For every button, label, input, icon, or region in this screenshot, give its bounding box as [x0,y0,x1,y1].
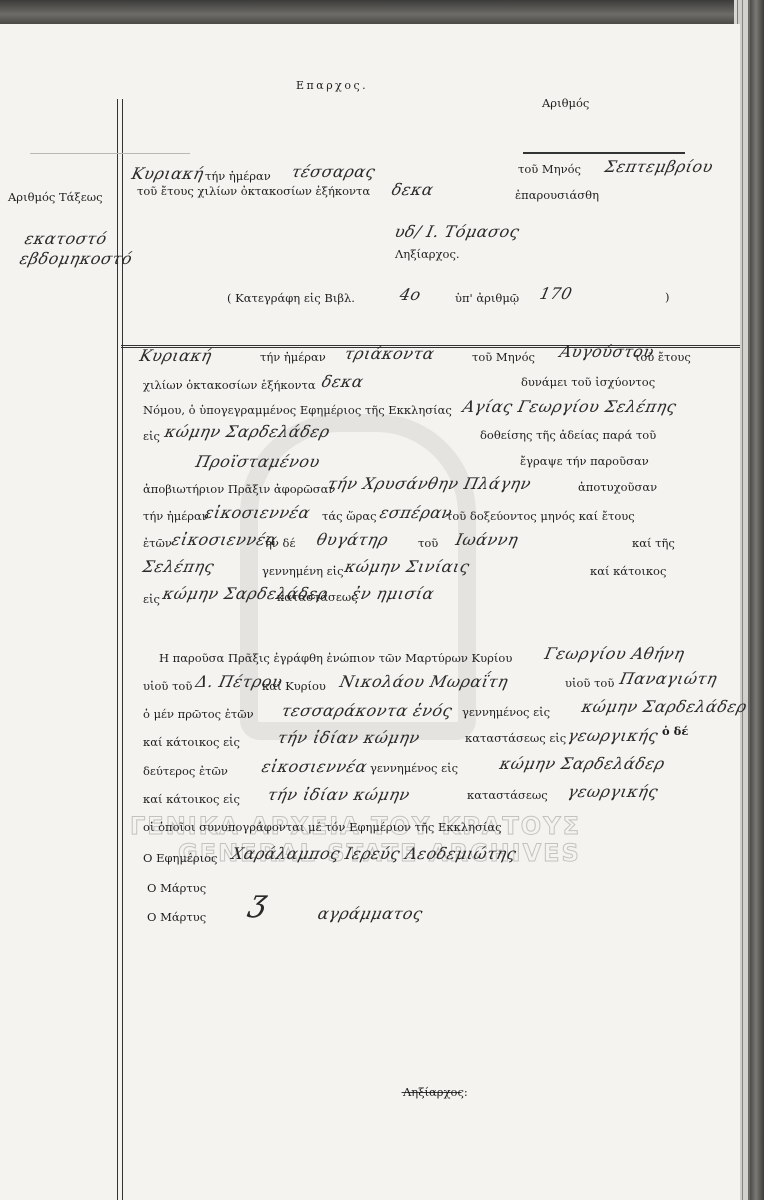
witness-intro: Η παροῦσα Πρᾶξις ἐγράφθη ἐνώπιον τῶν Μαρ… [159,651,512,665]
age-value: εἰκοσιεννέα [170,530,279,549]
body-line6-text: ἀποβιωτήριον Πρᾶξιν ἀφορῶσαν [143,482,335,496]
book-value: 4ο [398,285,423,304]
first-age-prefix: ὁ μέν πρῶτος ἐτῶν [143,707,254,721]
witness1-mark: ʒ [246,884,271,919]
register-page: Επαρχος. Αριθμός Αριθμός Τάξεως εκατοστό… [0,24,740,1200]
entry-suffix: ) [665,290,670,304]
body-day-label: τήν ἡμέραν [260,350,326,364]
order-number-value-2: εβδομηκοστό [18,249,134,268]
body-day-value: τριάκοντα [343,344,436,363]
body-line3-text: Νόμου, ὁ ὑπογεγραμμένος Εφημέριος τῆς Εκ… [143,403,452,417]
church-value: Αγίας Γεωργίου Σελέπης [461,397,678,416]
witness2-name: Νικολάου Μωραΐτη [338,672,510,691]
witness1-name: Γεωργίου Αθήνη [543,644,687,663]
body-line10-prefix: εἰς [143,592,160,606]
body-line6-suffix: ἀποτυχοῦσαν [578,480,657,494]
witness2-status-label: καταστάσεως [467,788,548,802]
body-line4-prefix: εἰς [143,429,160,443]
book-binding-top [0,0,764,24]
body-line8-suffix: καί τῆς [632,536,675,550]
born-label: γεννημένη εἰς [262,564,344,578]
witness2-residence-prefix: καί κάτοικος εἰς [143,792,240,806]
body-year-label: τοῦ ἔτους [634,350,691,364]
hour-value: εσπέραν [378,503,454,522]
mother-value: Σελέπης [141,557,216,576]
witness2-signature: αγράμματος [316,904,425,923]
reg-day-value: τέσσαρας [290,162,377,181]
registrar-final-label: Ληξίαρχος: [403,1085,468,1099]
entry-prefix: ( Κατεγράφη εἰς Βιβλ. [227,291,355,305]
priest-label: Ο Εφημέριος [143,851,218,865]
status-value: ἐν ημισία [350,584,436,603]
body-line4-suffix: δοθείσης τῆς ἀδείας παρά τοῦ [480,428,656,442]
second-age-prefix: δεύτερος ἐτῶν [143,764,228,778]
order-number-value-1: εκατοστό [23,229,109,248]
body-line8-mid: ἦν δέ [265,536,295,550]
place-value: κώμην Σαρδελάδερ [163,422,332,441]
body-line5-suffix: ἔγραψε τήν παροῦσαν [520,454,649,468]
number-underline [523,152,685,154]
status-label: καταστάσεως [277,590,358,604]
witness1-status: γεωργικής [566,726,660,745]
birthplace-value: κώμην Σινίαις [343,557,472,576]
relation-value: θυγάτηρ [315,530,390,549]
witness1-born-label: γεννημένος εἰς [462,705,550,719]
body-line7-suffix: τοῦ δοξεύοντος μηνός καί ἔτους [446,509,635,523]
margin-divider [30,153,190,154]
witness2-residence: τήν ἰδίαν κώμην [266,785,412,804]
order-number-label: Αριθμός Τάξεως [8,190,103,204]
hour-label: τάς ὥρας [322,509,377,523]
witness2-father: Παναγιώτη [618,669,719,688]
and-label: καί Κυρίου [262,679,326,693]
reg-month-value: Σεπτεμβρίου [603,157,715,176]
witness2-born-label: γεννημένος εἰς [370,761,458,775]
body-line7-prefix: τήν ἡμέραν [143,509,209,523]
number-prefix: ὑπ' ἀριθμῷ [455,291,519,305]
deceased-value: τήν Χρυσάνθην Πλάγην [326,474,533,493]
father-value: Ιωάννη [454,530,520,549]
registrar-signature: υδ/ Ι. Τόμασος [393,222,521,241]
reg-weekday: Κυριακή [130,164,206,183]
witness1-residence: τήν ἰδίαν κώμην [276,728,422,747]
witness1-residence-prefix: καί κάτοικος εἰς [143,735,240,749]
body-weekday: Κυριακή [138,346,214,365]
body-line2-suffix: δυνάμει τοῦ ἰσχύοντος [521,375,655,389]
witness1-birthplace: κώμην Σαρδελάδερ [580,697,749,716]
witness2-age: εἰκοσιεννέα [260,757,369,776]
reg-month-label: τοῦ Μηνός [518,162,581,176]
witness2-birthplace: κώμην Σαρδελάδερ [498,754,667,773]
number-value: 170 [538,284,574,303]
the-second-label: ὁ δέ [662,724,688,738]
son-label-2: υἱοῦ τοῦ [565,676,614,690]
body-line8-prefix: ἐτῶν [143,536,172,550]
reg-presented-label: ἐπαρουσιάσθη [515,188,599,202]
witness1-status-label: καταστάσεως εἰς [465,731,566,745]
witness2-status: γεωργικής [566,782,660,801]
witness1-age: τεσσαράκοντα ἑνός [280,701,454,720]
priest-signature: Χαράλαμπος Ιερεύς Λεοδεμιώτης [230,844,518,863]
body-year-value: δεκα [320,372,366,391]
body-line9-suffix: καί κάτοικος [590,564,666,578]
body-line2-text: χιλίων ὀκτακοσίων ἑξήκοντα [143,378,316,392]
reg-day-label: τήν ἡμέραν [205,169,271,183]
son-label-1: υἱοῦ τοῦ [143,679,192,693]
witness2-sign-label: Ο Μάρτυς [147,910,206,924]
of-label: τοῦ [418,536,438,550]
province-label: Επαρχος. [296,79,368,93]
registrar-label: Ληξίαρχος. [395,247,460,261]
reg-year-value: δεκα [390,180,436,199]
authority-value: Προϊσταμένου [194,452,322,471]
death-day-value: εἰκοσιεννέα [203,503,312,522]
cosign-text: οἱ ὁποῖοι συνυπογράφονται μέ τόν Εφημέρι… [143,820,502,834]
number-label: Αριθμός [542,96,589,110]
witness1-sign-label: Ο Μάρτυς [147,881,206,895]
body-month-label: τοῦ Μηνός [472,350,535,364]
reg-year-label: τοῦ ἔτους χιλίων ὀκτακοσίων ἑξήκοντα [137,184,370,198]
